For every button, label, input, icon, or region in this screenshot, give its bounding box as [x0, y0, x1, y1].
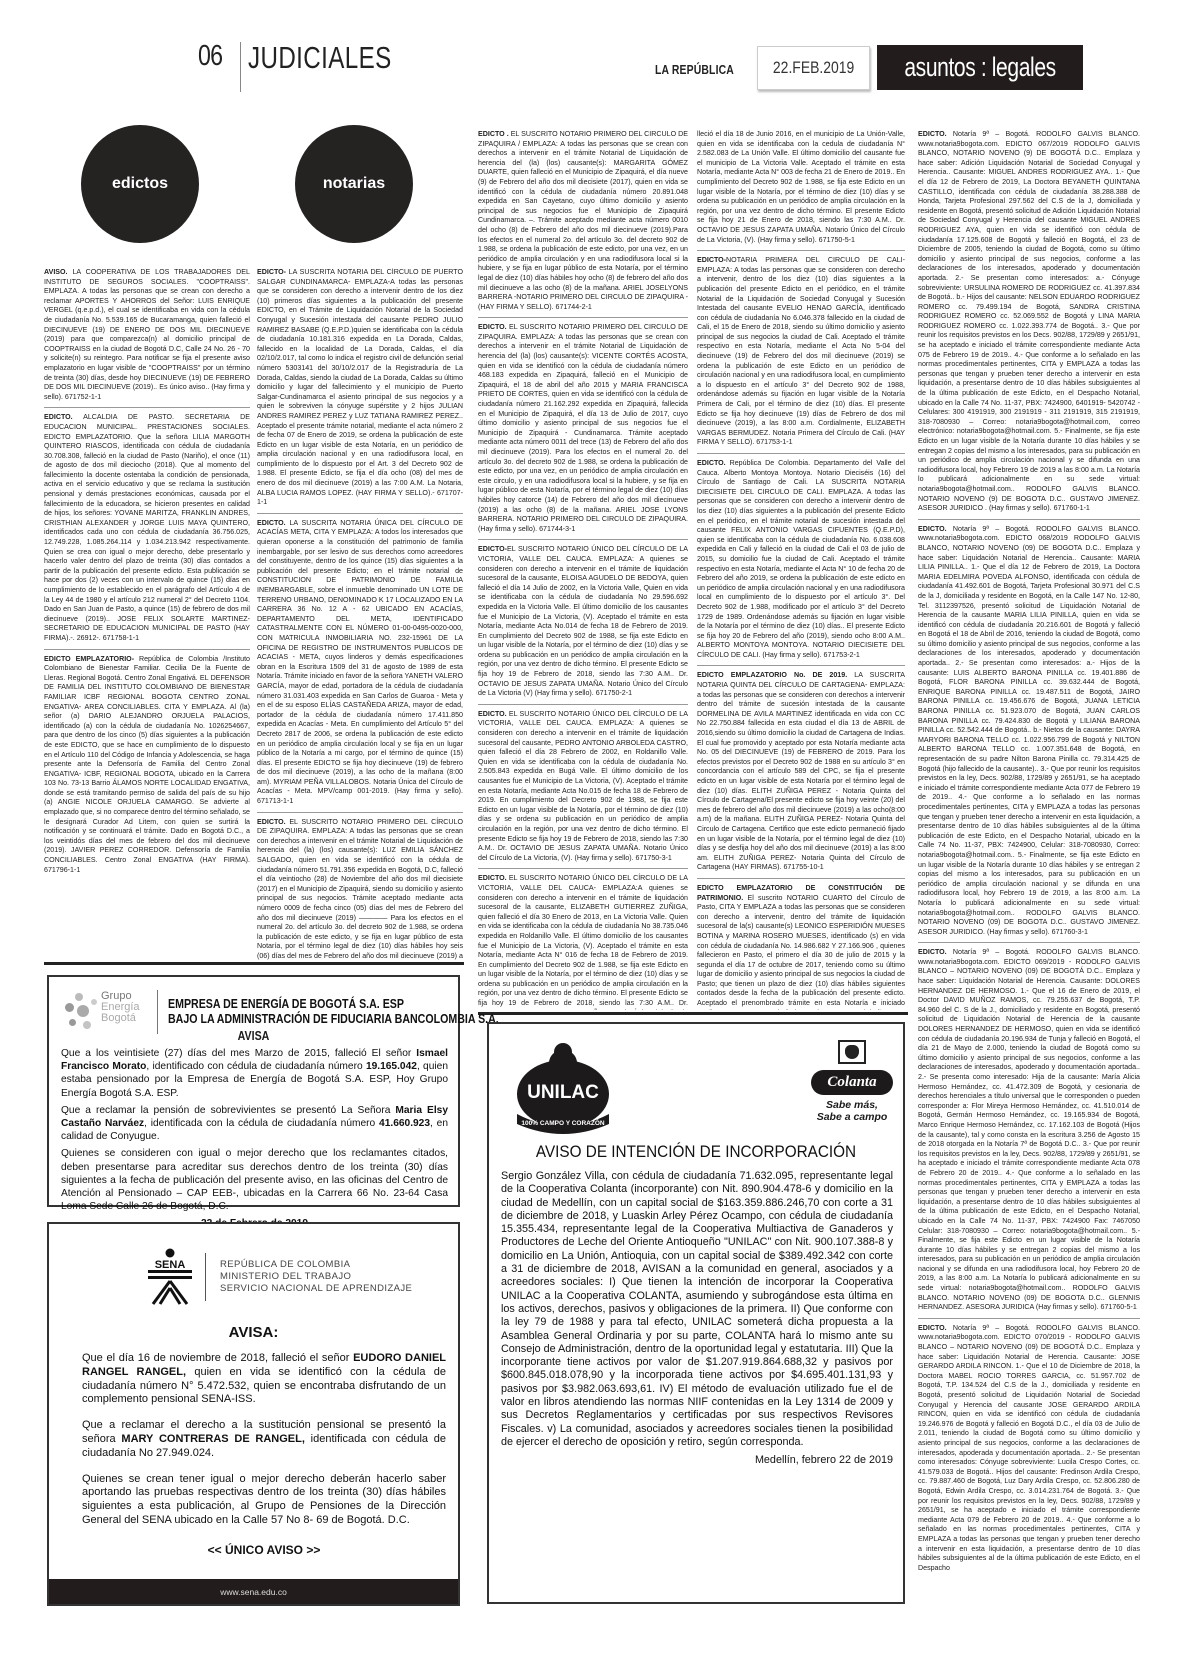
- notice: EDICTO. EL SUSCRITO NOTARIO PRIMERO DEL …: [257, 818, 463, 960]
- notice: EDICTO . EL SUSCRITO NOTARIO PRIMERO DEL…: [478, 130, 688, 318]
- notice: EDICTO. EL SUSCRITO NOTARIO ÚNICO DEL CÍ…: [478, 710, 688, 870]
- supplement-logo: asuntos : legales: [877, 45, 1083, 90]
- colanta-logo: Colanta Sabe más, Sabe a campo: [811, 1040, 893, 1123]
- column-2: EDICTO- LA SUSCRITA NOTARIA DEL CÍRCULO …: [257, 268, 463, 960]
- notice: EDICTO. Notaría 9ª – Bogotá. RODOLFO GAL…: [918, 130, 1140, 520]
- sena-ministry: REPÚBLICA DE COLOMBIA MINISTERIO DEL TRA…: [220, 1259, 412, 1295]
- unico-aviso: << ÚNICO AVISO >>: [82, 1544, 446, 1558]
- notarias-badge: notarias: [295, 125, 413, 243]
- svg-text:100% CAMPO Y CORAZÓN: 100% CAMPO Y CORAZÓN: [521, 1118, 605, 1127]
- column-3: EDICTO . EL SUSCRITO NOTARIO PRIMERO DEL…: [478, 130, 688, 1010]
- eeb-avisa-heading: AVISA: [80, 1029, 428, 1043]
- incorporation-signature: Medellín, febrero 22 de 2019: [501, 1454, 893, 1467]
- notice: EDICTO. EL SUSCRITO NOTARIO PRIMERO DEL …: [478, 323, 688, 540]
- notice: EDICTO-EL SUSCRITO NOTARIO ÚNICO DEL CÍR…: [478, 545, 688, 705]
- sena-body: Que el día 16 de noviembre de 2018, fall…: [82, 1352, 446, 1558]
- notice: lleció el día 18 de Junio 2016, en el mu…: [697, 130, 905, 251]
- sena-logo: SENA: [139, 1248, 201, 1306]
- sena-avisa-heading: AVISA:: [49, 1324, 458, 1341]
- notice: EDICTO-NOTARIA PRIMERA DEL CIRCULO DE CA…: [697, 256, 905, 454]
- section-divider: [44, 962, 464, 965]
- notice: EDICTO EMPLAZATORIO- República de Colomb…: [44, 655, 250, 881]
- notice: EDICTO. República De Colombia. Departame…: [697, 459, 905, 666]
- edictos-badge: edictos: [81, 125, 199, 243]
- issue-date: 22.FEB.2019: [757, 46, 870, 90]
- newspaper-name: LA REPÚBLICA: [655, 62, 734, 77]
- eeb-body: Que a los veintisiete (27) días del mes …: [61, 1047, 448, 1231]
- notice: AVISO. LA COOPERATIVA DE LOS TRABAJADORE…: [44, 268, 250, 408]
- eeb-title: EMPRESA DE ENERGÍA DE BOGOTÁ S.A. ESP: [168, 997, 499, 1012]
- eeb-subtitle: BAJO LA ADMINISTRACIÓN DE FIDUCIARIA BAN…: [168, 1012, 499, 1027]
- incorporation-body: Sergio González Villa, con cédula de ciu…: [501, 1170, 893, 1468]
- incorporation-notice: UNILAC 100% CAMPO Y CORAZÓN Colanta Sabe…: [487, 1022, 905, 1604]
- page-number: 06: [198, 40, 222, 73]
- dots-icon: [65, 993, 99, 1031]
- notice: EDICTO EMPLAZATORIO No. DE 2019. LA SUSC…: [697, 671, 905, 878]
- sena-pension-notice: SENA REPÚBLICA DE COLOMBIA MINISTERIO DE…: [47, 1222, 460, 1606]
- notice: EDICTO. LA SUSCRITA NOTARIA ÚNICA DEL CÍ…: [257, 519, 463, 813]
- notice: EDICTO. ALCALDIA DE PASTO. SECRETARIA DE…: [44, 413, 250, 649]
- notice: EDICTO EMPLAZATORIO DE CONSTITUCIÓN DE P…: [697, 884, 905, 1010]
- notice: EDICTO. Notaría 9ª – Bogotá. RODOLFO GAL…: [918, 1324, 1140, 1578]
- sena-website[interactable]: www.sena.edu.co: [49, 1579, 458, 1604]
- header-divider: [240, 42, 241, 92]
- incorporation-title: AVISO DE INTENCIÓN DE INCORPORACIÓN: [510, 1142, 883, 1162]
- unilac-badge-icon: UNILAC 100% CAMPO Y CORAZÓN: [509, 1038, 617, 1136]
- notice: EDICTO- LA SUSCRITA NOTARIA DEL CÍRCULO …: [257, 268, 463, 514]
- sena-icon: SENA: [139, 1248, 201, 1306]
- page-header: 06 JUDICIALES LA REPÚBLICA 22.FEB.2019 a…: [0, 0, 1200, 110]
- svg-text:SENA: SENA: [155, 1259, 186, 1271]
- notice: EDICTO. Notaría 9ª – Bogotá. RODOLFO GAL…: [918, 525, 1140, 944]
- unilac-logo: UNILAC 100% CAMPO Y CORAZÓN: [509, 1038, 617, 1136]
- svg-text:UNILAC: UNILAC: [527, 1082, 599, 1103]
- section-title: JUDICIALES: [248, 40, 392, 76]
- column-5: EDICTO. Notaría 9ª – Bogotá. RODOLFO GAL…: [918, 130, 1140, 1640]
- cow-icon: [838, 1040, 866, 1064]
- eeb-pension-notice: Grupo Energía Bogotá EMPRESA DE ENERGÍA …: [47, 975, 460, 1207]
- column-4: lleció el día 18 de Junio 2016, en el mu…: [697, 130, 905, 1010]
- column-1: AVISO. LA COOPERATIVA DE LOS TRABAJADORE…: [44, 268, 250, 960]
- notice: EDICTO. Notaría 9ª – Bogotá. RODOLFO GAL…: [918, 948, 1140, 1319]
